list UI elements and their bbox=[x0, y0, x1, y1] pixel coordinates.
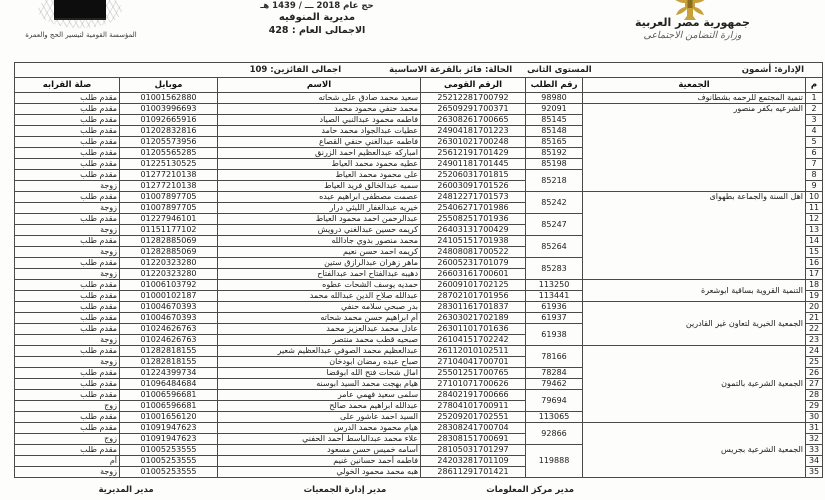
name-cell: فاطمه أحمد حسانين غنيم bbox=[218, 456, 421, 467]
relationship-cell: مقدم طلب bbox=[15, 115, 120, 126]
mobile-cell: 01282885069 bbox=[120, 247, 218, 258]
national-id-cell: 26603161700601 bbox=[421, 269, 526, 280]
national-id-cell: 26301101701636 bbox=[421, 324, 526, 335]
row-number-cell: 22 bbox=[806, 324, 823, 335]
winners-table-wrapper: الإدارة: أشمون المستوى الثانى الحالة: فا… bbox=[14, 62, 823, 478]
name-cell: امال شحات فتح الله ابوقضا bbox=[218, 368, 421, 379]
mobile-cell: 01006103792 bbox=[120, 280, 218, 291]
relationship-cell: مقدم طلب bbox=[15, 291, 120, 302]
row-number-cell: 20 bbox=[806, 302, 823, 313]
name-cell: سميه عبدالخالق فريد العياط bbox=[218, 181, 421, 192]
name-cell: أم ابراهيم حسن محمد شحاته bbox=[218, 313, 421, 324]
national-id-cell: 26303021702189 bbox=[421, 313, 526, 324]
row-number-cell: 3 bbox=[806, 115, 823, 126]
column-header-4: الاسم bbox=[218, 78, 421, 93]
row-number-cell: 25 bbox=[806, 357, 823, 368]
name-cell: محمد منصور بدوي جادالله bbox=[218, 236, 421, 247]
column-header-row: مالجمعيةرقم الطلبالرقم القومىالاسمموبايل… bbox=[15, 78, 823, 93]
national-id-cell: 28301161701837 bbox=[421, 302, 526, 313]
name-cell: دهيبه عبدالفتاح احمد عبدالفتاح bbox=[218, 269, 421, 280]
ministry-name: وزارة التضامن الاجتماعى bbox=[600, 30, 785, 41]
national-id-cell: 25501251700765 bbox=[421, 368, 526, 379]
name-cell: صباح عبده رمضان ابودخان bbox=[218, 357, 421, 368]
total-winners-label: اجمالى الفائزين: 109 bbox=[250, 65, 342, 75]
name-cell: فاطمه محمود عبدالنبي الصياد bbox=[218, 115, 421, 126]
mobile-cell: 01005253555 bbox=[120, 445, 218, 456]
relationship-cell: زوجة bbox=[15, 225, 120, 236]
request-number-cell: 85192 bbox=[526, 148, 583, 159]
relationship-cell: زوج bbox=[15, 434, 120, 445]
row-number-cell: 15 bbox=[806, 247, 823, 258]
national-id-cell: 25406271701986 bbox=[421, 203, 526, 214]
name-cell: سلمى سعيد فهمي عامر bbox=[218, 390, 421, 401]
national-id-cell: 28611291701421 bbox=[421, 467, 526, 478]
relationship-cell: زوجة bbox=[15, 467, 120, 478]
table-row: 10اهل السنة والجماعة بطهواى8524224812271… bbox=[15, 192, 823, 203]
row-number-cell: 26 bbox=[806, 368, 823, 379]
request-number-cell: 85247 bbox=[526, 214, 583, 236]
mobile-cell: 01003996693 bbox=[120, 104, 218, 115]
hajj-authority-logo bbox=[50, 0, 110, 28]
row-number-cell: 16 bbox=[806, 258, 823, 269]
relationship-cell: مقدم طلب bbox=[15, 390, 120, 401]
request-number-cell: 85165 bbox=[526, 137, 583, 148]
relationship-cell: مقدم طلب bbox=[15, 214, 120, 225]
info-cell: الإدارة: أشمون المستوى الثانى الحالة: فا… bbox=[15, 63, 823, 78]
national-id-cell: 26003091701526 bbox=[421, 181, 526, 192]
request-number-cell: 78166 bbox=[526, 346, 583, 368]
national-id-cell: 28105031701297 bbox=[421, 445, 526, 456]
name-cell: على محمود محمد العياط bbox=[218, 170, 421, 181]
request-number-cell: 85264 bbox=[526, 236, 583, 258]
national-id-cell: 26301021700248 bbox=[421, 137, 526, 148]
name-cell: امباركه عبدالعظيم احمد الزرنق bbox=[218, 148, 421, 159]
request-number-cell: 79694 bbox=[526, 390, 583, 412]
request-number-cell: 61937 bbox=[526, 313, 583, 324]
name-cell: عصمت مصطفى ابراهيم عيده bbox=[218, 192, 421, 203]
relationship-cell: مقدم طلب bbox=[15, 258, 120, 269]
request-number-cell: 113250 bbox=[526, 280, 583, 291]
row-number-cell: 19 bbox=[806, 291, 823, 302]
name-cell: عطيه محمود محمد العياط bbox=[218, 159, 421, 170]
request-number-cell: 92091 bbox=[526, 104, 583, 115]
row-number-cell: 11 bbox=[806, 203, 823, 214]
row-number-cell: 23 bbox=[806, 335, 823, 346]
row-number-cell: 27 bbox=[806, 379, 823, 390]
relationship-cell: مقدم طلب bbox=[15, 192, 120, 203]
national-id-cell: 25206031701815 bbox=[421, 170, 526, 181]
mobile-cell: 01282818155 bbox=[120, 357, 218, 368]
name-cell: هيام محمود محمد الدرس bbox=[218, 423, 421, 434]
national-id-cell: 24808081700522 bbox=[421, 247, 526, 258]
administration-label: الإدارة: أشمون bbox=[742, 65, 804, 75]
mobile-cell: 01227946101 bbox=[120, 214, 218, 225]
row-number-cell: 35 bbox=[806, 467, 823, 478]
relationship-cell: زوجة bbox=[15, 247, 120, 258]
request-number-cell: 85145 bbox=[526, 115, 583, 126]
table-row: 31الجمعية الشرعية بجريس92866283082417007… bbox=[15, 423, 823, 434]
request-number-cell: 85218 bbox=[526, 170, 583, 192]
mobile-cell: 01004670393 bbox=[120, 302, 218, 313]
relationship-cell: زوجة bbox=[15, 203, 120, 214]
row-number-cell: 31 bbox=[806, 423, 823, 434]
column-header-1: الجمعية bbox=[583, 78, 806, 93]
name-cell: هيام بهجت محمد السيد ابوسنه bbox=[218, 379, 421, 390]
association-cell: التنمية القروية بساقية ابوشعرة bbox=[583, 280, 806, 302]
level-label: المستوى الثانى bbox=[527, 65, 592, 75]
request-number-cell: 119888 bbox=[526, 445, 583, 478]
relationship-cell: مقدم طلب bbox=[15, 302, 120, 313]
mobile-cell: 01007897705 bbox=[120, 203, 218, 214]
relationship-cell: مقدم طلب bbox=[15, 445, 120, 456]
row-number-cell: 29 bbox=[806, 401, 823, 412]
mobile-cell: 01225130525 bbox=[120, 159, 218, 170]
country-name: جمهورية مصر العربية bbox=[600, 16, 785, 29]
relationship-cell: مقدم طلب bbox=[15, 104, 120, 115]
national-id-cell: 25612191701429 bbox=[421, 148, 526, 159]
status-label: الحالة: فائز بالقرعة الاساسية bbox=[389, 65, 512, 75]
national-id-cell: 25508251701936 bbox=[421, 214, 526, 225]
national-id-cell: 26403131700429 bbox=[421, 225, 526, 236]
mobile-cell: 01005253555 bbox=[120, 467, 218, 478]
row-number-cell: 6 bbox=[806, 148, 823, 159]
row-number-cell: 21 bbox=[806, 313, 823, 324]
relationship-cell: زوجة bbox=[15, 269, 120, 280]
association-cell: تنمية المجتمع للرحمه بشطانوف bbox=[583, 93, 806, 104]
table-row: 20الجمعية الخيرية لتعاون غير القادرين619… bbox=[15, 302, 823, 313]
row-number-cell: 34 bbox=[806, 456, 823, 467]
mobile-cell: 01282818155 bbox=[120, 346, 218, 357]
national-id-cell: 26104151702242 bbox=[421, 335, 526, 346]
association-cell: الجمعية الشرعية بجريس bbox=[583, 423, 806, 478]
national-id-cell: 26509291700371 bbox=[421, 104, 526, 115]
column-header-0: م bbox=[806, 78, 823, 93]
associations-admin-manager-signature: مدير إدارة الجمعيات bbox=[304, 485, 387, 495]
name-cell: محمد حنفي محمود محمد bbox=[218, 104, 421, 115]
mobile-cell: 01005253555 bbox=[120, 456, 218, 467]
row-number-cell: 1 bbox=[806, 93, 823, 104]
relationship-cell: زوجة bbox=[15, 335, 120, 346]
header-center-block: حج عام 2018 ـــ / 1439 هـ مديرية المنوفي… bbox=[222, 1, 412, 36]
grand-total-line: الاجمالى العام : 428 bbox=[222, 25, 412, 36]
name-cell: سعيد محمد صادق على شحاته bbox=[218, 93, 421, 104]
column-header-5: موبايل bbox=[120, 78, 218, 93]
national-id-cell: 26005231701079 bbox=[421, 258, 526, 269]
relationship-cell: مقدم طلب bbox=[15, 346, 120, 357]
national-id-cell: 28702101701956 bbox=[421, 291, 526, 302]
national-id-cell: 24901181701445 bbox=[421, 159, 526, 170]
row-number-cell: 33 bbox=[806, 445, 823, 456]
row-number-cell: 12 bbox=[806, 214, 823, 225]
mobile-cell: 01004670393 bbox=[120, 313, 218, 324]
row-number-cell: 18 bbox=[806, 280, 823, 291]
national-id-cell: 27804101700911 bbox=[421, 401, 526, 412]
mobile-cell: 01220323280 bbox=[120, 258, 218, 269]
relationship-cell: أم bbox=[15, 456, 120, 467]
relationship-cell: مقدم طلب bbox=[15, 93, 120, 104]
mobile-cell: 01000102187 bbox=[120, 291, 218, 302]
row-number-cell: 7 bbox=[806, 159, 823, 170]
relationship-cell: مقدم طلب bbox=[15, 368, 120, 379]
mobile-cell: 01220323280 bbox=[120, 269, 218, 280]
relationship-cell: مقدم طلب bbox=[15, 313, 120, 324]
mobile-cell: 01006596681 bbox=[120, 390, 218, 401]
mobile-cell: 01007897705 bbox=[120, 192, 218, 203]
mobile-cell: 01096484684 bbox=[120, 379, 218, 390]
table-row: 24الجمعية الشرعية بالتمون781662611201010… bbox=[15, 346, 823, 357]
relationship-cell: مقدم طلب bbox=[15, 137, 120, 148]
relationship-cell: مقدم طلب bbox=[15, 280, 120, 291]
mobile-cell: 01091947623 bbox=[120, 434, 218, 445]
association-cell: الجمعية الشرعية بالتمون bbox=[583, 346, 806, 423]
name-cell: حمديه يوسف الشحات عطوه bbox=[218, 280, 421, 291]
relationship-cell: مقدم طلب bbox=[15, 379, 120, 390]
mobile-cell: 01151177102 bbox=[120, 225, 218, 236]
name-cell: عبدالعظيم محمد الصوفي عبدالعظيم شعير bbox=[218, 346, 421, 357]
row-number-cell: 10 bbox=[806, 192, 823, 203]
request-number-cell: 113441 bbox=[526, 291, 583, 302]
name-cell: أسامه خميس حسن مسعود bbox=[218, 445, 421, 456]
name-cell: هبه محمد محمود الخولي bbox=[218, 467, 421, 478]
request-number-cell: 85198 bbox=[526, 159, 583, 170]
national-id-cell: 25212281700792 bbox=[421, 93, 526, 104]
association-cell: الشرعيه بكفر منصور bbox=[583, 104, 806, 192]
directorate-manager-signature: مدير المديرية bbox=[98, 485, 153, 495]
mobile-cell: 01001656120 bbox=[120, 412, 218, 423]
info-center-manager-signature: مدير مركز المعلومات bbox=[486, 485, 574, 495]
national-id-cell: 25209201702551 bbox=[421, 412, 526, 423]
table-info-row: الإدارة: أشمون المستوى الثانى الحالة: فا… bbox=[15, 63, 823, 78]
national-id-cell: 24203281701109 bbox=[421, 456, 526, 467]
request-number-cell: 85242 bbox=[526, 192, 583, 214]
name-cell: كريمه احمد حسن نعيم bbox=[218, 247, 421, 258]
national-id-cell: 26308261700665 bbox=[421, 115, 526, 126]
relationship-cell: مقدم طلب bbox=[15, 148, 120, 159]
mobile-cell: 01001562880 bbox=[120, 93, 218, 104]
row-number-cell: 14 bbox=[806, 236, 823, 247]
scanned-hajj-winners-document: المؤسسة القومية لتيسير الحج والعمرة حج ع… bbox=[0, 0, 825, 500]
name-cell: عبدالرحمن احمد محمود العياط bbox=[218, 214, 421, 225]
national-id-cell: 28308151700691 bbox=[421, 434, 526, 445]
mobile-cell: 01024626763 bbox=[120, 324, 218, 335]
national-id-cell: 26009101702125 bbox=[421, 280, 526, 291]
column-header-2: رقم الطلب bbox=[526, 78, 583, 93]
row-number-cell: 13 bbox=[806, 225, 823, 236]
request-number-cell: 61936 bbox=[526, 302, 583, 313]
row-number-cell: 4 bbox=[806, 126, 823, 137]
name-cell: عطيات عبدالجواد محمد حامد bbox=[218, 126, 421, 137]
national-id-cell: 27101071700626 bbox=[421, 379, 526, 390]
relationship-cell: زوجة bbox=[15, 357, 120, 368]
name-cell: خيريه عبدالغفار الليثي درار bbox=[218, 203, 421, 214]
name-cell: عبدالله صلاح الدين عبدالله محمد bbox=[218, 291, 421, 302]
row-number-cell: 28 bbox=[806, 390, 823, 401]
mobile-cell: 01202832816 bbox=[120, 126, 218, 137]
request-number-cell: 98980 bbox=[526, 93, 583, 104]
national-id-cell: 27104041700701 bbox=[421, 357, 526, 368]
national-id-cell: 28308241700704 bbox=[421, 423, 526, 434]
national-id-cell: 24904181701223 bbox=[421, 126, 526, 137]
relationship-cell: مقدم طلب bbox=[15, 412, 120, 423]
name-cell: ماهر زهران عبدالرازق ستين bbox=[218, 258, 421, 269]
row-number-cell: 32 bbox=[806, 434, 823, 445]
directorate-title: مديرية المنوفيه bbox=[222, 12, 412, 23]
relationship-cell: مقدم طلب bbox=[15, 159, 120, 170]
table-row: 18التنمية القروية بساقية ابوشعرة11325026… bbox=[15, 280, 823, 291]
name-cell: صبحيه قطب محمد منتصر bbox=[218, 335, 421, 346]
table-row: 2الشرعيه بكفر منصور9209126509291700371مح… bbox=[15, 104, 823, 115]
hajj-year-line: حج عام 2018 ـــ / 1439 هـ bbox=[222, 1, 412, 11]
signature-footer: مدير مركز المعلومات مدير إدارة الجمعيات … bbox=[14, 485, 822, 495]
row-number-cell: 2 bbox=[806, 104, 823, 115]
kaaba-icon bbox=[54, 0, 106, 20]
row-number-cell: 17 bbox=[806, 269, 823, 280]
relationship-cell: مقدم طلب bbox=[15, 236, 120, 247]
table-body: 1تنمية المجتمع للرحمه بشطانوف98980252122… bbox=[15, 93, 823, 478]
relationship-cell: زوجة bbox=[15, 181, 120, 192]
mobile-cell: 01282885069 bbox=[120, 236, 218, 247]
name-cell: عادل محمد عبدالعزيز محمد bbox=[218, 324, 421, 335]
hajj-authority-name: المؤسسة القومية لتيسير الحج والعمرة bbox=[6, 31, 156, 39]
mobile-cell: 01277210138 bbox=[120, 181, 218, 192]
relationship-cell: زوج bbox=[15, 401, 120, 412]
row-number-cell: 9 bbox=[806, 181, 823, 192]
request-number-cell: 79462 bbox=[526, 379, 583, 390]
row-number-cell: 30 bbox=[806, 412, 823, 423]
mobile-cell: 01006596681 bbox=[120, 401, 218, 412]
mobile-cell: 01092665916 bbox=[120, 115, 218, 126]
column-header-6: صلة القرابه bbox=[15, 78, 120, 93]
row-number-cell: 8 bbox=[806, 170, 823, 181]
winners-table: الإدارة: أشمون المستوى الثانى الحالة: فا… bbox=[14, 62, 823, 478]
national-id-cell: 24105151701938 bbox=[421, 236, 526, 247]
mobile-cell: 01091947623 bbox=[120, 423, 218, 434]
association-cell: اهل السنة والجماعة بطهواى bbox=[583, 192, 806, 280]
name-cell: بدر صبحي سلامه حنفي bbox=[218, 302, 421, 313]
national-id-cell: 28402191700666 bbox=[421, 390, 526, 401]
national-id-cell: 24812271701573 bbox=[421, 192, 526, 203]
relationship-cell: مقدم طلب bbox=[15, 126, 120, 137]
mobile-cell: 01024626763 bbox=[120, 335, 218, 346]
request-number-cell: 92866 bbox=[526, 423, 583, 445]
row-number-cell: 24 bbox=[806, 346, 823, 357]
name-cell: فاطمه عبدالغني حنفي القصاع bbox=[218, 137, 421, 148]
relationship-cell: مقدم طلب bbox=[15, 170, 120, 181]
mobile-cell: 01205573956 bbox=[120, 137, 218, 148]
request-number-cell: 85148 bbox=[526, 126, 583, 137]
mobile-cell: 01224399734 bbox=[120, 368, 218, 379]
relationship-cell: مقدم طلب bbox=[15, 423, 120, 434]
column-header-3: الرقم القومى bbox=[421, 78, 526, 93]
relationship-cell: مقدم طلب bbox=[15, 324, 120, 335]
national-id-cell: 26112010102511 bbox=[421, 346, 526, 357]
table-row: 1تنمية المجتمع للرحمه بشطانوف98980252122… bbox=[15, 93, 823, 104]
request-number-cell: 61938 bbox=[526, 324, 583, 346]
request-number-cell: 113065 bbox=[526, 412, 583, 423]
request-number-cell: 85283 bbox=[526, 258, 583, 280]
name-cell: علاء محمد عبدالباسط أحمد الحفني bbox=[218, 434, 421, 445]
mobile-cell: 01205565285 bbox=[120, 148, 218, 159]
mobile-cell: 01277210138 bbox=[120, 170, 218, 181]
name-cell: السيد احمد عاشور على bbox=[218, 412, 421, 423]
row-number-cell: 5 bbox=[806, 137, 823, 148]
association-cell: الجمعية الخيرية لتعاون غير القادرين bbox=[583, 302, 806, 346]
name-cell: عبدالله ابراهيم محمد صالح bbox=[218, 401, 421, 412]
name-cell: كريمه حسين عبدالغني درويش bbox=[218, 225, 421, 236]
header-right-block: جمهورية مصر العربية وزارة التضامن الاجتم… bbox=[600, 16, 785, 41]
request-number-cell: 78284 bbox=[526, 368, 583, 379]
